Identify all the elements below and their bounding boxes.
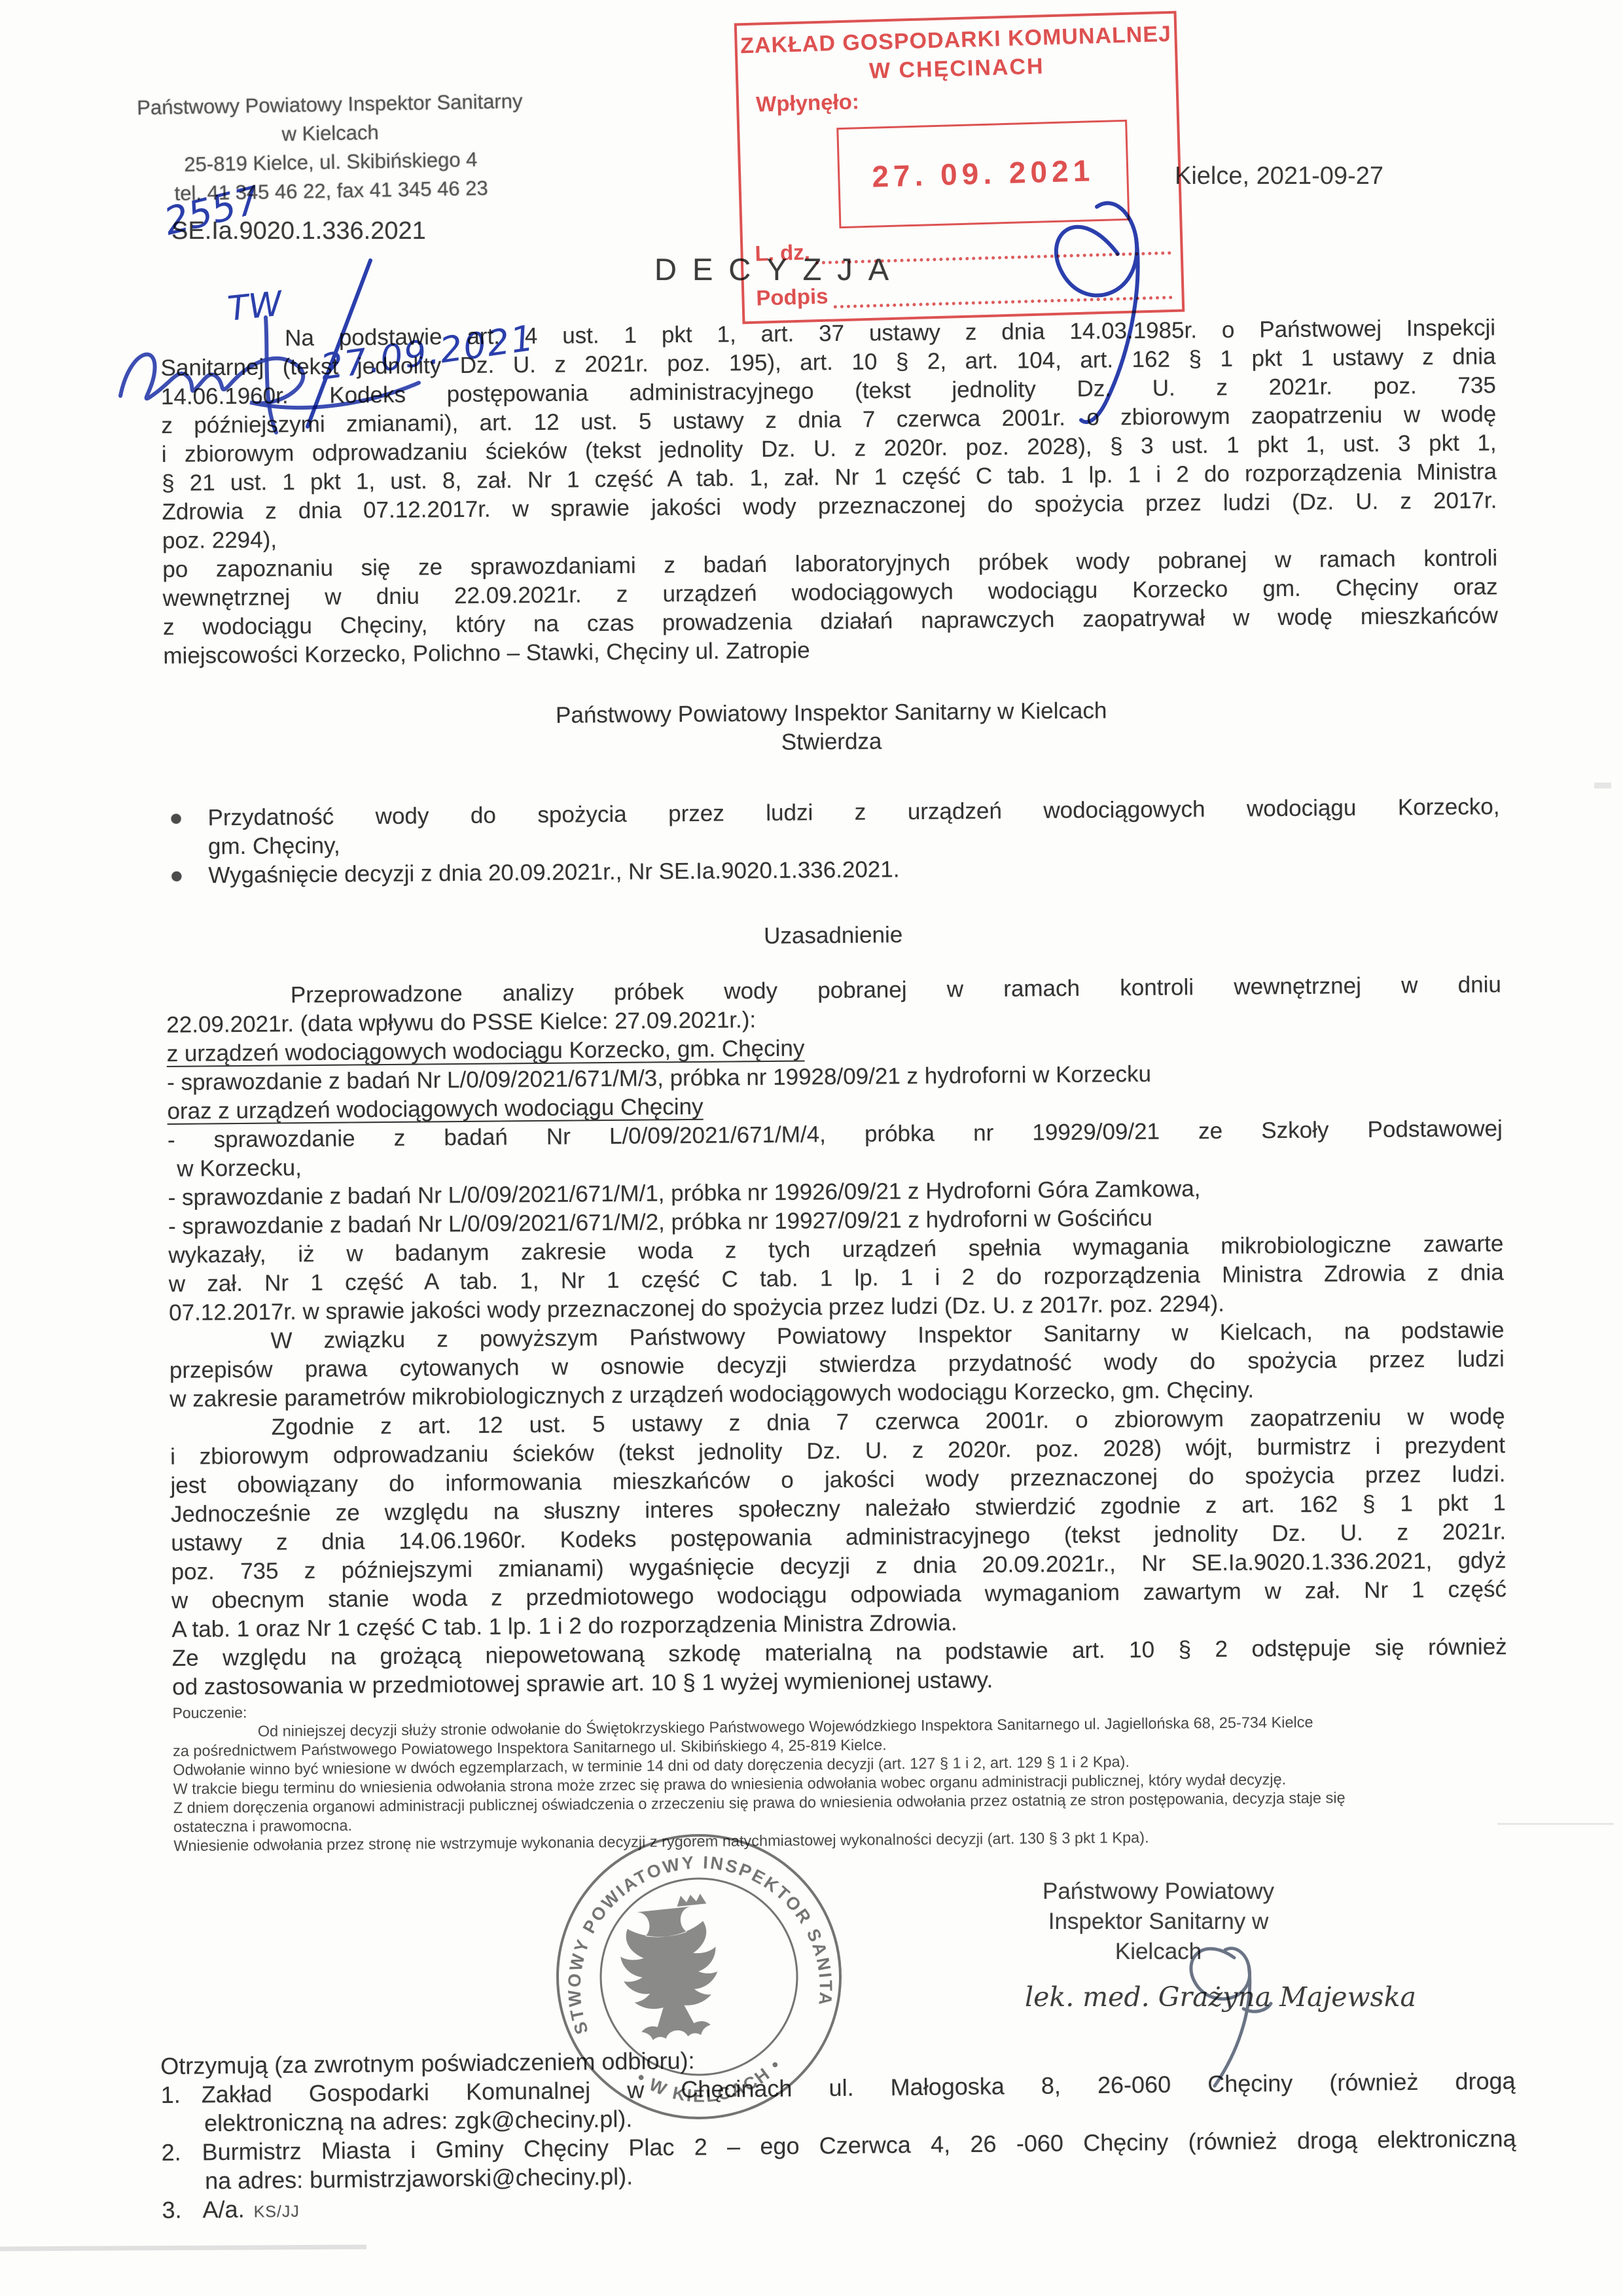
letterhead: Państwowy Powiatowy Inspektor Sanitarny …	[91, 86, 571, 210]
signature-scribble-icon	[111, 304, 491, 442]
received-label: Wpłynęło:	[756, 89, 860, 116]
conclusion-paragraph: W związku z powyższym Państwowy Powiatow…	[169, 1316, 1505, 1414]
authority-heading-block: Państwowy Powiatowy Inspektor Sanitarny …	[164, 693, 1499, 762]
justification-heading: Uzasadnienie	[166, 915, 1501, 956]
findings-list: Przydatność wody do spożycia przez ludzi…	[164, 792, 1500, 891]
result-paragraph: wykazały, iż w badanym zakresie woda z t…	[168, 1229, 1504, 1328]
intake-signature-icon	[1034, 177, 1217, 458]
svg-text:• W KIELCACH •: • W KIELCACH •	[632, 2053, 789, 2113]
scan-mark	[1497, 1823, 1614, 1825]
bullet-icon	[171, 872, 181, 881]
clerk-typist-initials: KS/JJ	[244, 2202, 300, 2221]
signer-title-line1: Państwowy Powiatowy	[1008, 1877, 1309, 1907]
decision-body: Na podstawie art. 4 ust. 1 pkt 1, art. 3…	[160, 313, 1508, 1856]
waiver-paragraph: Ze względu na grożącą niepowetowaną szko…	[172, 1633, 1508, 1702]
eagle-icon	[615, 1893, 724, 2043]
bullet-icon	[171, 814, 181, 824]
scan-mark	[1594, 783, 1611, 788]
scan-streak	[0, 2245, 366, 2252]
legal-note-paragraph: Zgodnie z art. 12 ust. 5 ustawy z dnia 7…	[170, 1402, 1507, 1644]
podpis-label: Podpis	[756, 283, 834, 310]
pouczenie-block: Od niniejszej decyzji służy stronie odwo…	[173, 1711, 1509, 1856]
ldz-label: L. dz.	[755, 239, 815, 266]
review-paragraph: po zapoznaniu się ze sprawozdaniami z ba…	[162, 544, 1498, 671]
stamp-bottom-text: • W KIELCACH •	[632, 2053, 789, 2113]
signer-signature-icon	[1178, 1930, 1296, 2100]
document-page: Państwowy Powiatowy Inspektor Sanitarny …	[0, 0, 1623, 2296]
official-round-stamp: PAŃSTWOWY POWIATOWY INSPEKTOR SANITARNY …	[537, 1814, 862, 2140]
